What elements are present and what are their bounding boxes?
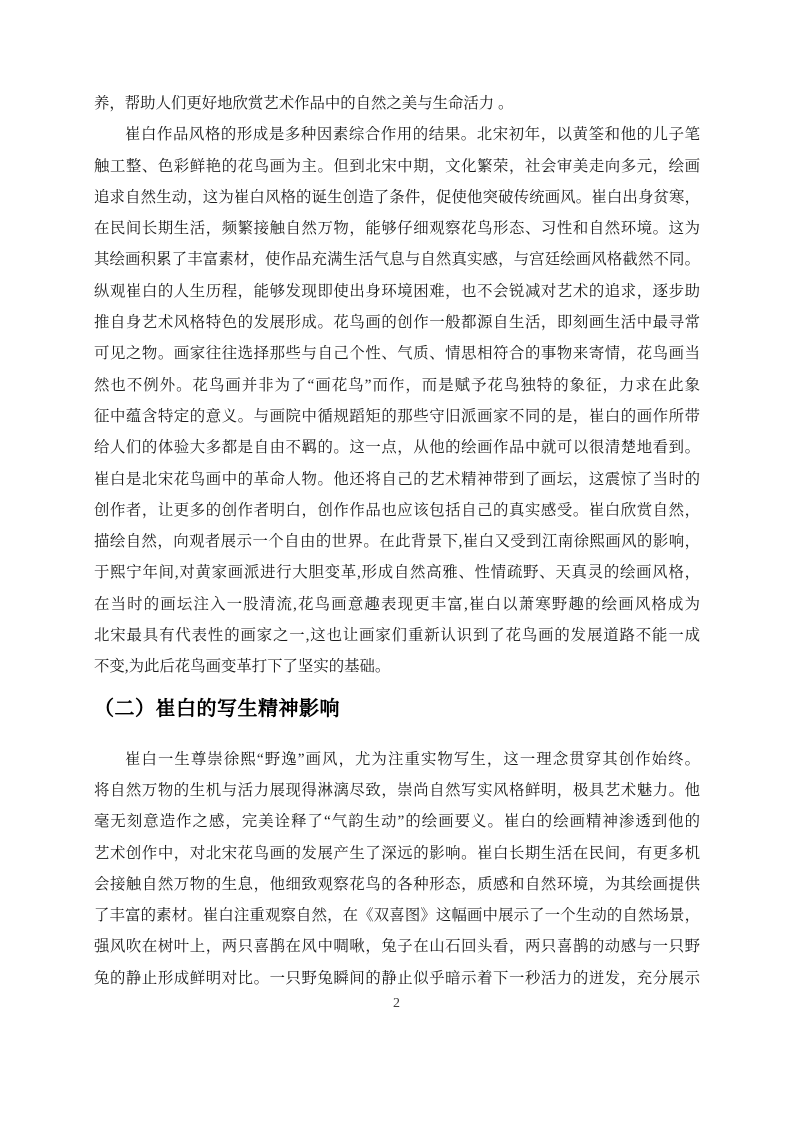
text-line: 于熙宁年间,对黄家画派进行大胆变革,形成自然高雅、性情疏野、天真灵的绘画风格， (94, 557, 700, 588)
text-line: 将自然万物的生机与活力展现得淋漓尽致，崇尚自然写实风格鲜明，极具艺术魅力。他 (94, 775, 700, 806)
text-line: 强风吹在树叶上，两只喜鹊在风中啁啾，兔子在山石回头看，两只喜鹊的动感与一只野 (94, 931, 700, 962)
text-line: 征中蕴含特定的意义。与画院中循规蹈矩的那些守旧派画家不同的是，崔白的画作所带 (94, 401, 700, 432)
text-line: 养，帮助人们更好地欣赏艺术作品中的自然之美与生命活力 。 (94, 88, 700, 119)
section-heading: （二）崔白的写生精神影响 (94, 695, 700, 724)
text-line: 北宋最具有代表性的画家之一,这也让画家们重新认识到了花鸟画的发展道路不能一成 (94, 620, 700, 651)
paragraph-sketching-spirit: 崔白一生尊崇徐熙“野逸”画风，尤为注重实物写生，这一理念贯穿其创作始终。 将自然… (94, 744, 700, 994)
text-line: 然也不例外。花鸟画并非为了“画花鸟”而作，而是赋予花鸟独特的象征，力求在此象 (94, 370, 700, 401)
document-body: 养，帮助人们更好地欣赏艺术作品中的自然之美与生命活力 。 崔白作品风格的形成是多… (94, 88, 700, 994)
paragraph-cuibai-style-formation: 崔白作品风格的形成是多种因素综合作用的结果。北宋初年，以黄筌和他的儿子笔 触工整… (94, 119, 700, 682)
text-line: 在当时的画坛注入一股清流,花鸟画意趣表现更丰富,崔白以萧寒野趣的绘画风格成为 (94, 589, 700, 620)
text-line: 艺术创作中，对北宋花鸟画的发展产生了深远的影响。崔白长期生活在民间，有更多机 (94, 838, 700, 869)
text-line: 触工整、色彩鲜艳的花鸟画为主。但到北宋中期，文化繁荣，社会审美走向多元，绘画 (94, 151, 700, 182)
page-number: 2 (0, 995, 793, 1013)
text-line: 描绘自然，向观者展示一个自由的世界。在此背景下,崔白又受到江南徐熙画风的影响， (94, 526, 700, 557)
text-line: 纵观崔白的人生历程，能够发现即使出身环境困难，也不会锐减对艺术的追求，逐步助 (94, 276, 700, 307)
text-line: 追求自然生动，这为崔白风格的诞生创造了条件，促使他突破传统画风。崔白出身贫寒， (94, 182, 700, 213)
text-line: 推自身艺术风格特色的发展形成。花鸟画的创作一般都源自生活，即刻画生活中最寻常 (94, 307, 700, 338)
text-line: 崔白作品风格的形成是多种因素综合作用的结果。北宋初年，以黄筌和他的儿子笔 (94, 119, 700, 150)
text-line: 会接触自然万物的生息，他细致观察花鸟的各种形态，质感和自然环境，为其绘画提供 (94, 869, 700, 900)
text-line: 崔白一生尊崇徐熙“野逸”画风，尤为注重实物写生，这一理念贯穿其创作始终。 (94, 744, 700, 775)
text-line: 在民间长期生活，频繁接触自然万物，能够仔细观察花鸟形态、习性和自然环境。这为 (94, 213, 700, 244)
text-line: 可见之物。画家往往选择那些与自己个性、气质、情思相符合的事物来寄情，花鸟画当 (94, 338, 700, 369)
text-line: 给人们的体验大多都是自由不羁的。这一点，从他的绘画作品中就可以很清楚地看到。 (94, 432, 700, 463)
document-page: 养，帮助人们更好地欣赏艺术作品中的自然之美与生命活力 。 崔白作品风格的形成是多… (0, 0, 793, 1122)
paragraph-continuation: 养，帮助人们更好地欣赏艺术作品中的自然之美与生命活力 。 (94, 88, 700, 119)
text-line: 兔的静止形成鲜明对比。一只野兔瞬间的静止似乎暗示着下一秒活力的迸发，充分展示 (94, 963, 700, 994)
text-line: 毫无刻意造作之感，完美诠释了“气韵生动”的绘画要义。崔白的绘画精神渗透到他的 (94, 806, 700, 837)
text-line: 其绘画积累了丰富素材，使作品充满生活气息与自然真实感，与宫廷绘画风格截然不同。 (94, 244, 700, 275)
text-line: 创作者，让更多的创作者明白，创作作品也应该包括自己的真实感受。崔白欣赏自然， (94, 495, 700, 526)
text-line: 崔白是北宋花鸟画中的革命人物。他还将自己的艺术精神带到了画坛，这震惊了当时的 (94, 464, 700, 495)
text-line: 不变,为此后花鸟画变革打下了坚实的基础。 (94, 651, 700, 682)
text-line: 了丰富的素材。崔白注重观察自然，在《双喜图》这幅画中展示了一个生动的自然场景， (94, 900, 700, 931)
